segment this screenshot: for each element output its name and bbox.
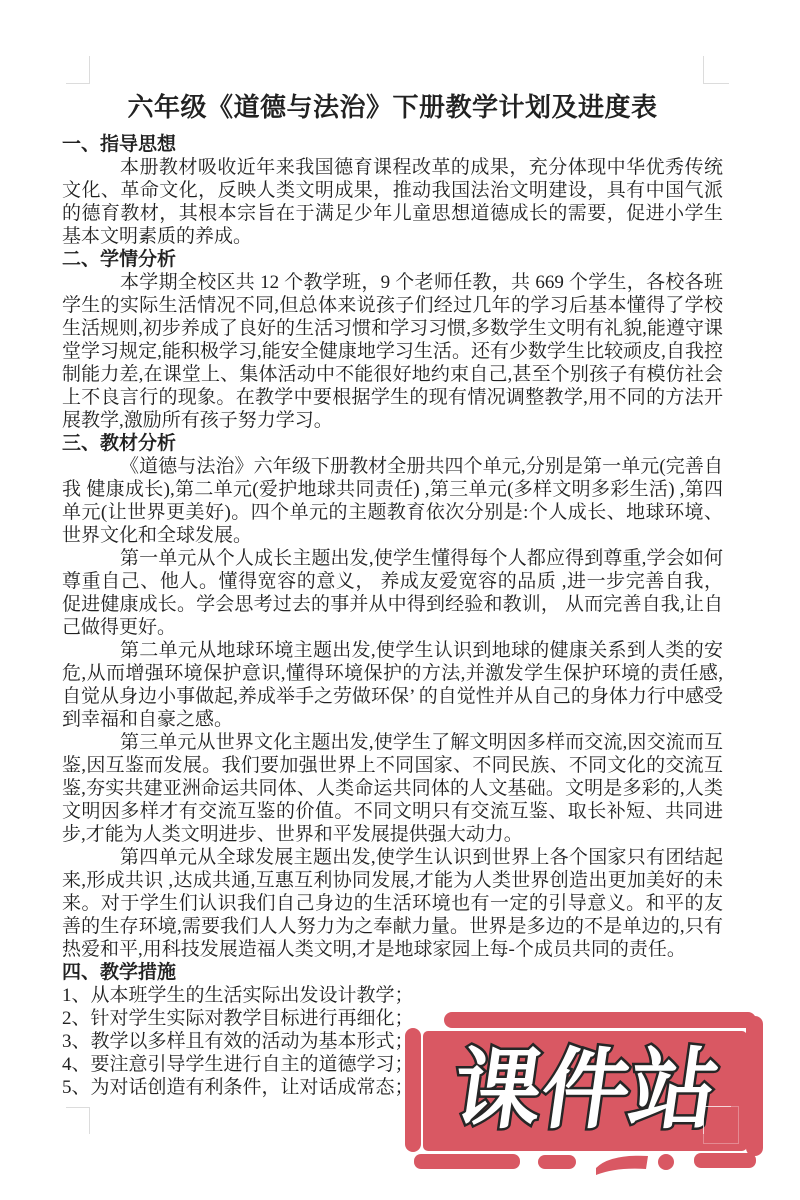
stamp-border-bottom-dash — [694, 1153, 756, 1168]
text-boundary-mark-top-left — [66, 56, 90, 84]
section-heading-teaching-measures: 四、教学措施 — [62, 961, 723, 984]
paragraph: 本册教材吸收近年来我国德育课程改革的成果，充分体现中华优秀传统文化、革命文化，反… — [62, 156, 723, 248]
stamp-border-bottom-dot — [658, 1154, 674, 1170]
section-heading-learning-analysis: 二、学情分析 — [62, 248, 723, 271]
watermark-text: 课件站 — [447, 1040, 725, 1139]
section-heading-material-analysis: 三、教材分析 — [62, 432, 723, 455]
stamp-border-right — [746, 1016, 763, 1156]
document-body: 六年级《道德与法治》下册教学计划及进度表 一、指导思想 本册教材吸收近年来我国德… — [62, 83, 723, 1099]
paragraph: 第四单元从全球发展主题出发,使学生认识到世界上各个国家只有团结起来,形成共识 ,… — [62, 846, 723, 961]
paragraph: 本学期全校区共 12 个教学班，9 个老师任教，共 669 个学生，各校各班学生… — [62, 271, 723, 432]
text-boundary-mark-bottom-right — [703, 1106, 731, 1134]
paragraph: 第二单元从地球环境主题出发,使学生认识到地球的健康关系到人类的安危,从而增强环境… — [62, 639, 723, 731]
text-boundary-mark-bottom-left — [66, 1107, 90, 1134]
stamp-border-bottom-dash — [414, 1154, 520, 1169]
stamp-border-top — [444, 1012, 756, 1028]
stamp-border-left — [405, 1028, 421, 1152]
page-title: 六年级《道德与法治》下册教学计划及进度表 — [62, 89, 723, 127]
text-boundary-mark-top-right — [703, 56, 729, 84]
paragraph: 《道德与法治》六年级下册教材全册共四个单元,分别是第一单元(完善自我 健康成长)… — [62, 455, 723, 547]
document-page: 六年级《道德与法治》下册教学计划及进度表 一、指导思想 本册教材吸收近年来我国德… — [0, 0, 800, 1200]
paragraph: 第一单元从个人成长主题出发,使学生懂得每个人都应得到尊重,学会如何尊重自己、他人… — [62, 547, 723, 639]
stamp-border-bottom-dash — [538, 1155, 576, 1169]
section-heading-guiding-ideology: 一、指导思想 — [62, 133, 723, 156]
watermark-stamp: 课件站 — [398, 1004, 770, 1182]
paragraph: 第三单元从世界文化主题出发,使学生了解文明因多样而交流,因交流而互鉴,因互鉴而发… — [62, 731, 723, 846]
stamp-border-bottom-dash — [596, 1156, 648, 1175]
page-title-text: 六年级《道德与法治》下册教学计划及进度表 — [127, 93, 657, 122]
